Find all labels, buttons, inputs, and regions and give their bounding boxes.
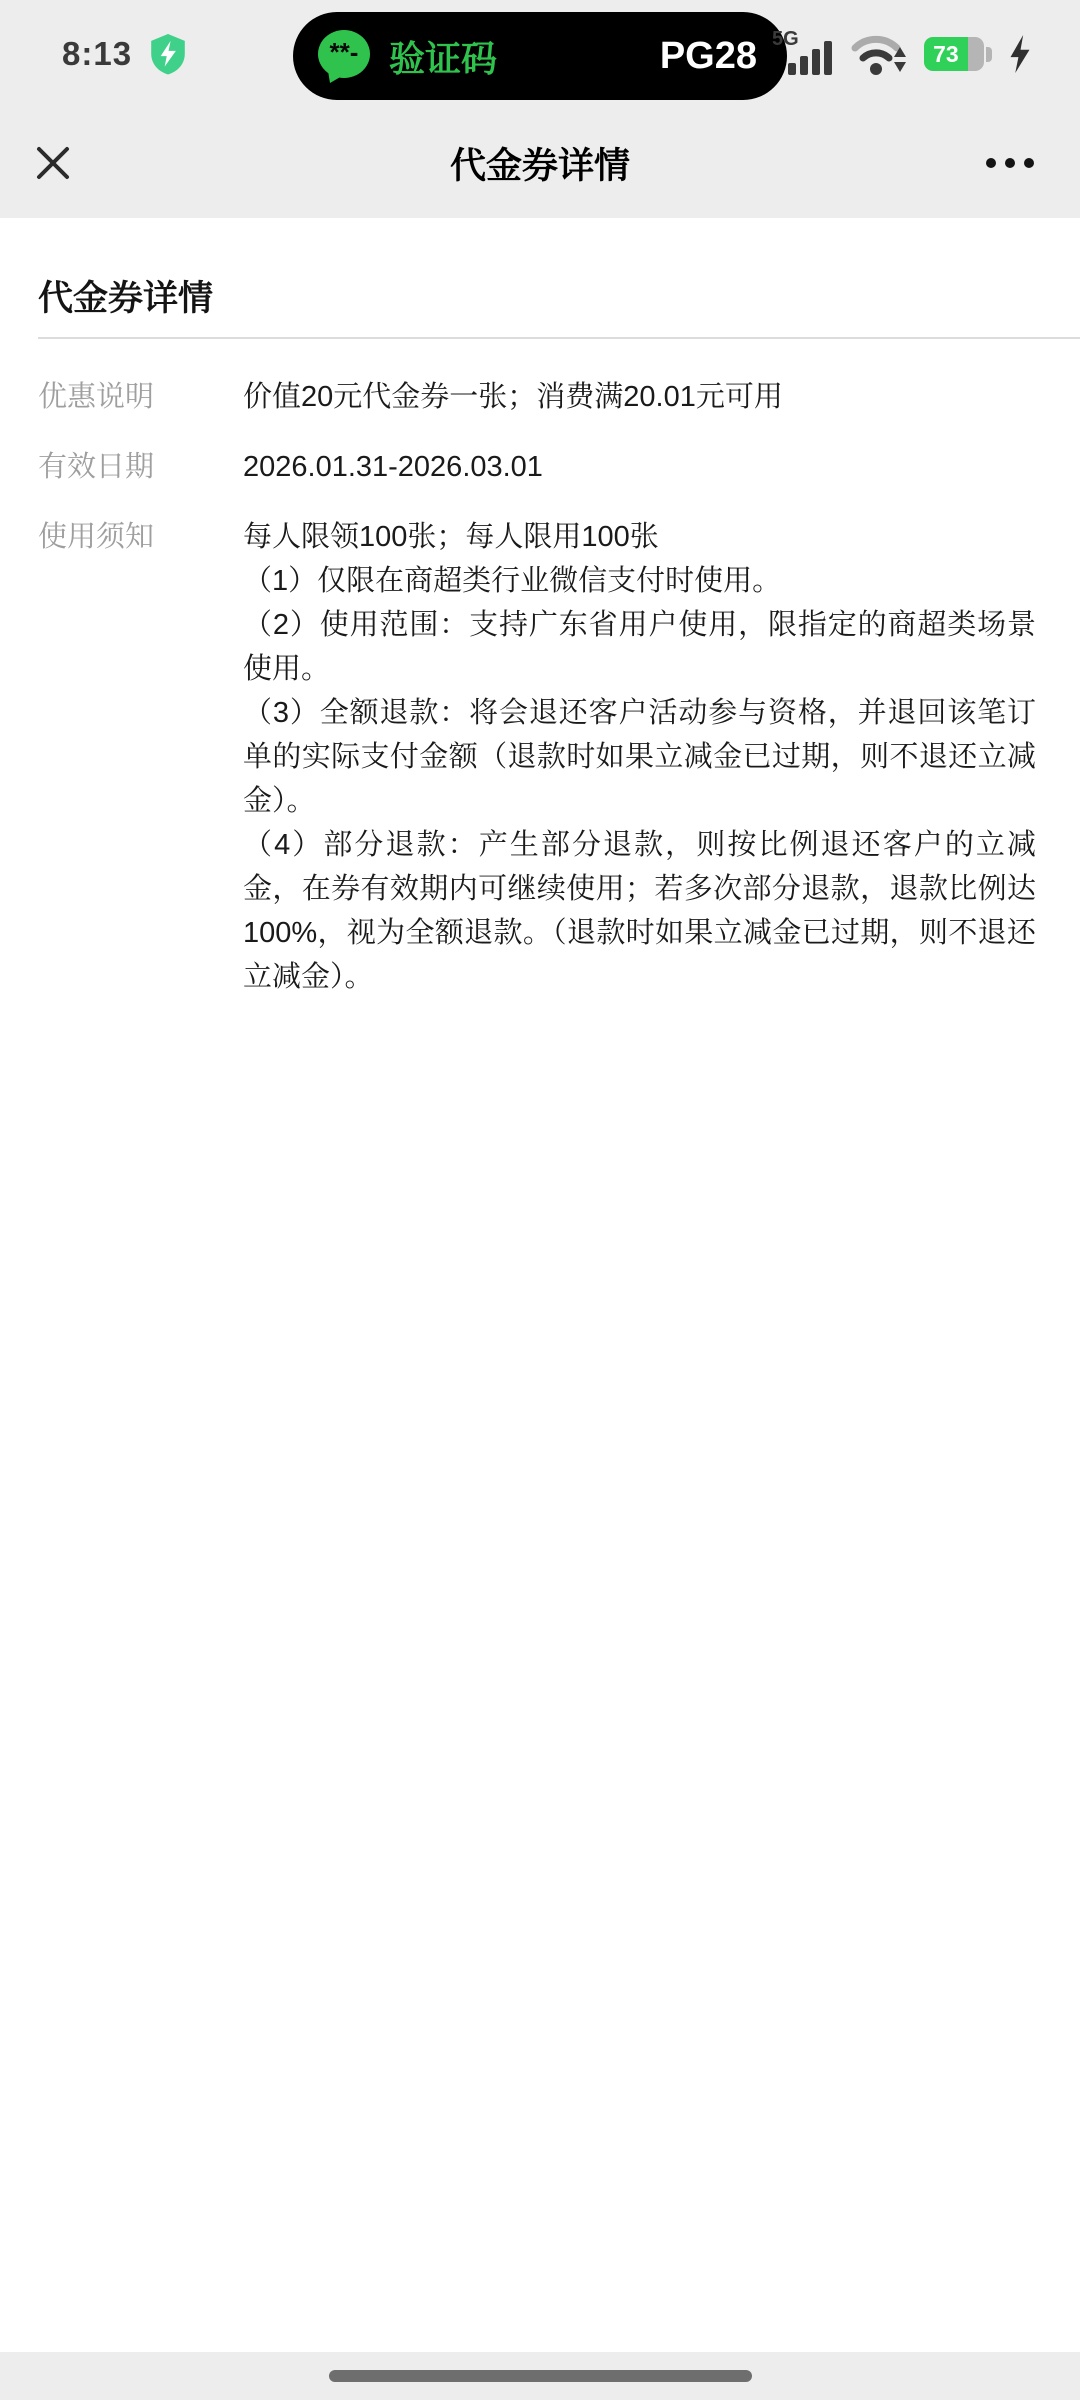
- detail-row-usage-notice: 使用须知 每人限领100张；每人限用100张 （1）仅限在商超类行业微信支付时使…: [38, 515, 1080, 999]
- nav-bar: 代金券详情: [0, 108, 1080, 218]
- status-left: 8:13: [62, 33, 186, 75]
- notification-code: PG28: [660, 35, 757, 78]
- bubble-text: **-: [330, 37, 359, 67]
- status-right: 5G 73: [772, 28, 1032, 80]
- home-indicator[interactable]: [329, 2370, 752, 2382]
- notification-pill[interactable]: **- 验证码 PG28: [293, 12, 787, 100]
- detail-row-discount: 优惠说明 价值20元代金券一张；消费满20.01元可用: [38, 375, 1080, 419]
- battery-percent-label: 73: [933, 41, 959, 68]
- status-bar: 8:13 **- 验证码 PG28 5G: [0, 0, 1080, 108]
- voucher-detail-content: 代金券详情 优惠说明 价值20元代金券一张；消费满20.01元可用 有效日期 2…: [0, 218, 1080, 2352]
- gesture-bar-area: [0, 2352, 1080, 2400]
- row-label: 使用须知: [38, 515, 243, 999]
- clock: 8:13: [62, 35, 132, 73]
- row-value: 2026.01.31-2026.03.01: [243, 445, 1080, 489]
- battery-body: 73: [924, 37, 984, 71]
- battery-indicator: 73: [924, 37, 992, 71]
- row-value: 每人限领100张；每人限用100张 （1）仅限在商超类行业微信支付时使用。 （2…: [243, 515, 1080, 999]
- signal-bars: [788, 41, 832, 75]
- row-value: 价值20元代金券一张；消费满20.01元可用: [243, 375, 1080, 419]
- detail-row-validity: 有效日期 2026.01.31-2026.03.01: [38, 445, 1080, 489]
- security-shield-icon: [150, 33, 186, 75]
- row-label: 优惠说明: [38, 375, 243, 419]
- battery-fill: 73: [924, 37, 968, 71]
- message-bubble-icon: **-: [315, 27, 373, 85]
- row-label: 有效日期: [38, 445, 243, 489]
- battery-tip: [986, 47, 992, 62]
- close-icon[interactable]: [33, 143, 73, 183]
- detail-rows: 优惠说明 价值20元代金券一张；消费满20.01元可用 有效日期 2026.01…: [38, 375, 1080, 999]
- charging-bolt-icon: [1008, 35, 1032, 73]
- cellular-signal-icon: 5G: [772, 28, 834, 80]
- divider: [38, 337, 1080, 339]
- notification-title: 验证码: [389, 31, 497, 82]
- phone-screen: 8:13 **- 验证码 PG28 5G: [0, 0, 1080, 2400]
- wifi-icon: [850, 31, 908, 77]
- page-title: 代金券详情: [450, 138, 630, 189]
- section-title: 代金券详情: [38, 271, 1080, 321]
- more-options-icon[interactable]: [984, 148, 1036, 178]
